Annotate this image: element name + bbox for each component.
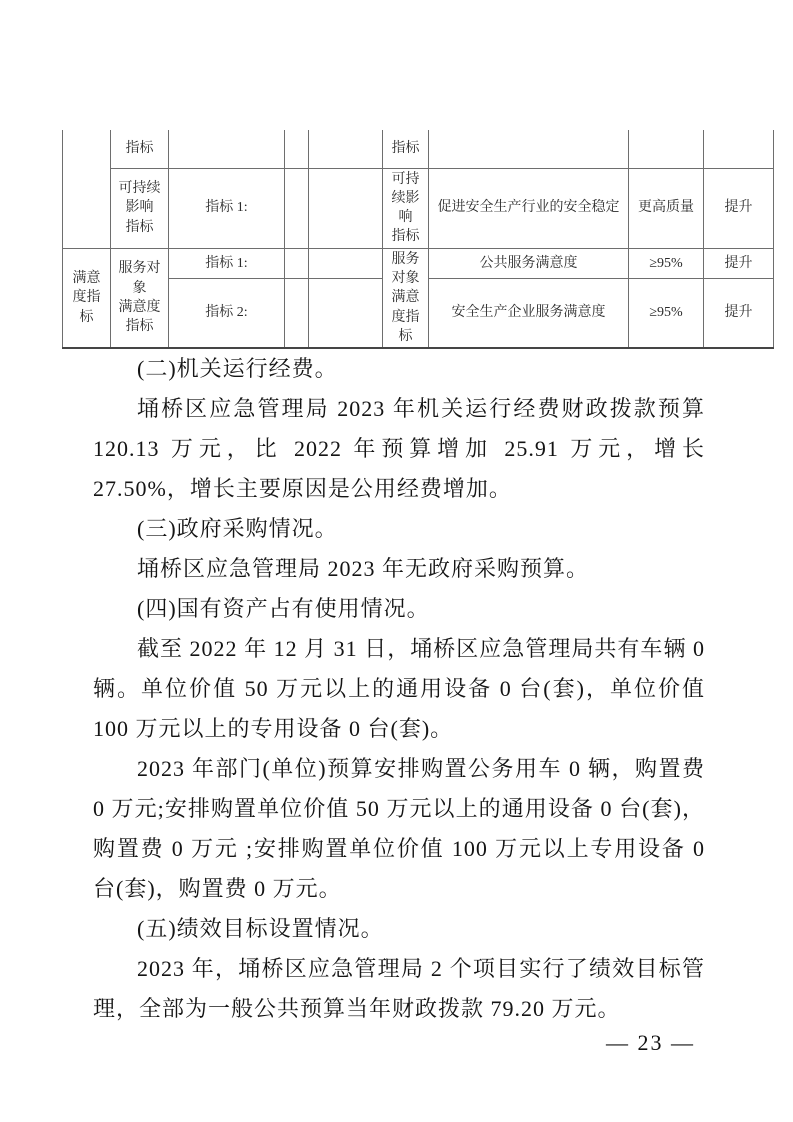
cell-service-object-satisfaction-left: 服务对 象 满意度 指标 [111,248,169,348]
page-number: — 23 — [606,1030,695,1056]
table-cell [309,278,383,348]
cell-sustainable-impact-indicator-right: 可持 续影 响 指标 [383,168,429,248]
table-cell [285,168,309,248]
table-cell [285,278,309,348]
cell-direction-improve: 提升 [704,168,774,248]
cell-indicator-1-label: 指标 1: [169,168,285,248]
cell-service-object-satisfaction-right: 服务 对象 满意 度指 标 [383,248,429,348]
para-operating-expenses-detail: 埇桥区应急管理局 2023 年机关运行经费财政拨款预算 120.13 万元，比 … [93,389,705,509]
heading-agency-operating-expenses: (二)机关运行经费。 [93,349,705,389]
cell-direction-improve: 提升 [704,248,774,278]
table-cell [704,130,774,168]
table-cell [309,168,383,248]
body-text-block: (二)机关运行经费。 埇桥区应急管理局 2023 年机关运行经费财政拨款预算 1… [93,349,705,1029]
cell-direction-improve: 提升 [704,278,774,348]
cell-satisfaction-category: 满意 度指 标 [63,248,111,348]
table-cell [309,248,383,278]
table-cell [169,130,285,168]
table-cell [285,130,309,168]
cell-indicator-content-public-service-satisfaction: 公共服务满意度 [429,248,629,278]
cell-target-value-95pct: ≥95% [629,278,704,348]
heading-government-procurement: (三)政府采购情况。 [93,509,705,549]
cell-level1-category-continued [63,130,111,248]
cell-indicator-content-enterprise-service-satisfaction: 安全生产企业服务满意度 [429,278,629,348]
cell-sustainable-impact-indicator-left: 可持续 影响 指标 [111,168,169,248]
table-cell [629,130,704,168]
document-page: 指标 指标 可持续 影响 指标 指标 1: 可持 续影 响 指标 促进安全生产行… [0,0,793,1122]
table-cell [285,248,309,278]
cell-level2-label-fragment-left: 指标 [111,130,169,168]
cell-indicator-1-label: 指标 1: [169,248,285,278]
heading-performance-targets: (五)绩效目标设置情况。 [93,909,705,949]
para-performance-targets-detail: 2023 年，埇桥区应急管理局 2 个项目实行了绩效目标管理，全部为一般公共预算… [93,949,705,1029]
cell-level2-label-fragment-right: 指标 [383,130,429,168]
para-procurement-detail: 埇桥区应急管理局 2023 年无政府采购预算。 [93,549,705,589]
cell-target-value-95pct: ≥95% [629,248,704,278]
cell-target-value-higher-quality: 更高质量 [629,168,704,248]
table-cell [309,130,383,168]
performance-indicator-table: 指标 指标 可持续 影响 指标 指标 1: 可持 续影 响 指标 促进安全生产行… [62,130,774,349]
heading-state-assets-usage: (四)国有资产占有使用情况。 [93,589,705,629]
table-cell [429,130,629,168]
para-assets-detail: 截至 2022 年 12 月 31 日，埇桥区应急管理局共有车辆 0 辆。单位价… [93,629,705,749]
cell-indicator-content-safety-stability: 促进安全生产行业的安全稳定 [429,168,629,248]
para-vehicle-equipment-budget: 2023 年部门(单位)预算安排购置公务用车 0 辆，购置费 0 万元;安排购置… [93,749,705,909]
cell-indicator-2-label: 指标 2: [169,278,285,348]
